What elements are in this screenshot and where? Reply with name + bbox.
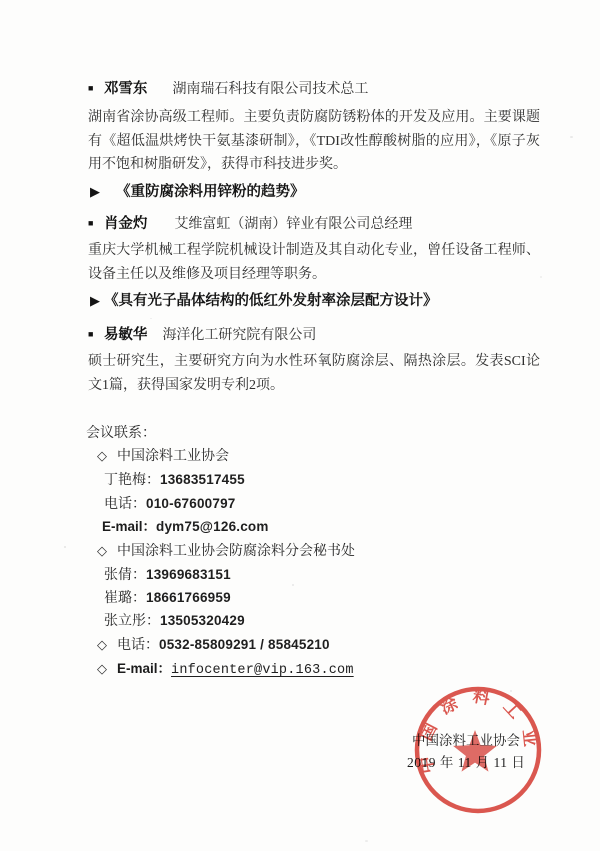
speaker-line: ■ 邓雪东 湖南瑞石科技有限公司技术总工 [88, 76, 548, 100]
speaker-bio: 湖南省涂协高级工程师。主要负责防腐防锈粉体的开发及应用。主要课题有《超低温烘烤快… [88, 106, 540, 177]
scan-speck [64, 546, 66, 548]
seal-star-icon [453, 730, 497, 772]
phone-number: 010-67600797 [146, 496, 235, 511]
phone-number: 0532-85809291 / 85845210 [159, 637, 330, 652]
contact-label: 电话： [117, 638, 159, 653]
email-address: infocenter@vip.163.com [171, 663, 354, 678]
email-address: dym75@126.com [156, 519, 269, 534]
phone-number: 13505320429 [160, 613, 245, 628]
phone-number: 13683517455 [160, 472, 245, 487]
contact-row: 崔璐：18661766959 [104, 586, 231, 610]
contact-label: 张立彤： [104, 614, 160, 629]
speaker-bio: 硕士研究生，主要研究方向为水性环氧防腐涂层、隔热涂层。发表SCI论文1篇，获得国… [88, 350, 540, 397]
scan-speck [150, 318, 152, 319]
contact-row: 丁艳梅：13683517455 [104, 468, 245, 492]
speaker-bio: 重庆大学机械工程学院机械设计制造及其自动化专业，曾任设备工程师、设备主任以及维修… [88, 239, 540, 286]
square-bullet-icon: ■ [88, 329, 93, 339]
speaker-name: 易敏华 [104, 327, 148, 343]
org-name: 中国涂料工业协会 [117, 449, 229, 464]
contact-row: ◇电话：0532-85809291 / 85845210 [97, 633, 330, 657]
scan-speck [570, 136, 573, 138]
contact-label: E-mail： [117, 661, 171, 676]
square-bullet-icon: ■ [88, 83, 93, 93]
speaker-name: 肖金灼 [104, 216, 148, 232]
speaker-affiliation: 艾维富虹（湖南）锌业有限公司总经理 [174, 217, 412, 232]
diamond-icon: ◇ [97, 661, 107, 676]
speaker-name: 邓雪东 [104, 81, 148, 97]
talk-title-row: ▶《具有光子晶体结构的低红外发射率涂层配方设计》 [90, 289, 560, 313]
contact-label: 张倩： [104, 568, 146, 583]
contact-label: 电话： [104, 497, 146, 512]
speaker-line: ■ 肖金灼 艾维富虹（湖南）锌业有限公司总经理 [88, 211, 548, 235]
contact-org: ◇中国涂料工业协会防腐涂料分会秘书处 [97, 539, 355, 563]
scanned-document-page: ■ 邓雪东 湖南瑞石科技有限公司技术总工 湖南省涂协高级工程师。主要负责防腐防锈… [0, 0, 600, 851]
red-seal-stamp: 中国涂料工业协会 [410, 684, 546, 818]
arrow-right-icon: ▶ [90, 184, 100, 199]
contact-label: 崔璐： [104, 591, 146, 606]
diamond-icon: ◇ [97, 448, 107, 463]
contact-label: 丁艳梅： [104, 473, 160, 488]
scan-speck [292, 584, 294, 586]
contact-row: ◇E-mail：infocenter@vip.163.com [97, 657, 354, 681]
scan-speck [540, 276, 542, 278]
scan-speck [365, 840, 368, 842]
org-name: 中国涂料工业协会防腐涂料分会秘书处 [117, 544, 355, 559]
square-bullet-icon: ■ [88, 218, 93, 228]
scan-speck [510, 690, 512, 692]
speaker-line: ■ 易敏华 海洋化工研究院有限公司 [88, 322, 548, 346]
talk-title-row: ▶《重防腐涂料用锌粉的趋势》 [90, 180, 560, 204]
contact-row: 张立彤：13505320429 [104, 609, 245, 633]
contact-row: 电话：010-67600797 [104, 492, 235, 516]
talk-title: 《重防腐涂料用锌粉的趋势》 [116, 184, 305, 200]
speaker-affiliation: 湖南瑞石科技有限公司技术总工 [172, 82, 368, 97]
arrow-right-icon: ▶ [90, 293, 100, 308]
speaker-affiliation: 海洋化工研究院有限公司 [162, 328, 316, 343]
talk-title: 《具有光子晶体结构的低红外发射率涂层配方设计》 [104, 293, 438, 309]
contact-heading: 会议联系： [86, 422, 156, 446]
contact-row: 张倩：13969683151 [104, 563, 231, 587]
contact-row: E-mail：dym75@126.com [102, 515, 269, 539]
contact-label: E-mail： [102, 519, 156, 534]
contact-org: ◇中国涂料工业协会 [97, 444, 229, 468]
diamond-icon: ◇ [97, 543, 107, 558]
diamond-icon: ◇ [97, 637, 107, 652]
phone-number: 18661766959 [146, 590, 231, 605]
phone-number: 13969683151 [146, 567, 231, 582]
